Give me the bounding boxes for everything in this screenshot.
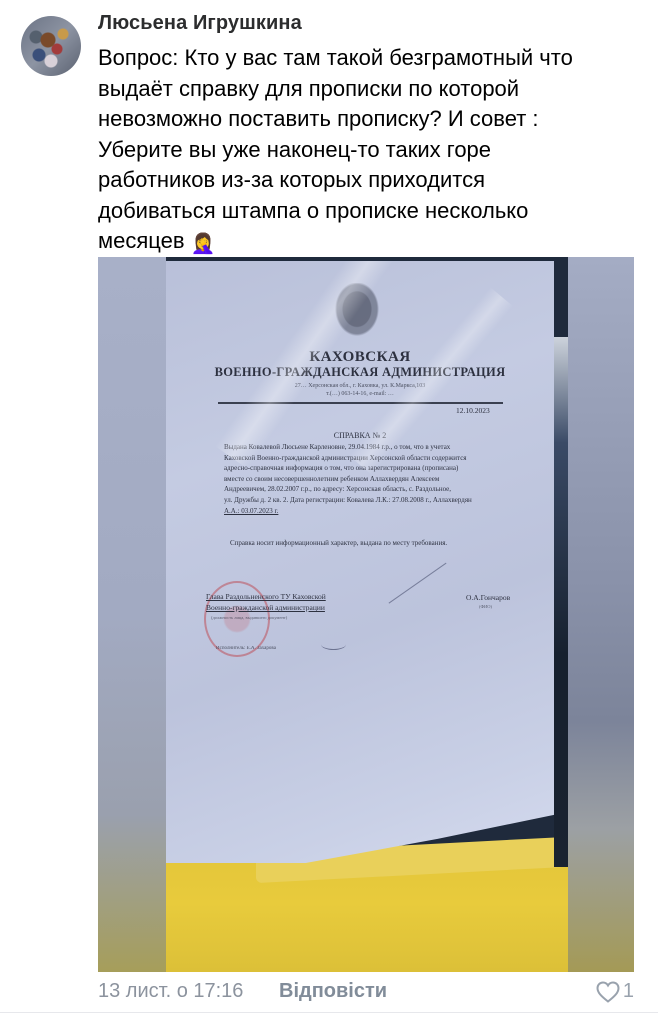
comment-divider	[0, 1012, 658, 1013]
doc-title-2: ВОЕННО-ГРАЖДАНСКАЯ АДМИНИСТРАЦИЯ	[166, 365, 554, 380]
certificate-document: КАХОВСКАЯ ВОЕННО-ГРАЖДАНСКАЯ АДМИНИСТРАЦ…	[166, 261, 554, 863]
doc-signer-caption: (ФИО)	[479, 604, 492, 609]
doc-signatory-caption: (должность лица, выдавшего документ)	[211, 615, 287, 620]
doc-body-line: вместе со своим несовершеннолетним ребен…	[224, 474, 506, 485]
comment-text: Вопрос: Кто у вас там такой безграмотный…	[98, 43, 618, 260]
doc-signer-name: О.А.Гончаров	[466, 593, 510, 602]
comment-line: Вопрос: Кто у вас там такой безграмотный…	[98, 43, 618, 74]
comment-line-last: месяцев 🤦‍♀️	[98, 226, 618, 260]
comment-line: невозможно поставить прописку? И совет :	[98, 104, 618, 135]
comment-timestamp[interactable]: 13 лист. о 17:16	[98, 980, 243, 1003]
photo-content: КАХОВСКАЯ ВОЕННО-ГРАЖДАНСКАЯ АДМИНИСТРАЦ…	[166, 257, 568, 972]
author-avatar[interactable]	[21, 16, 81, 76]
like-count: 1	[623, 980, 634, 1003]
doc-address-line: 27… Херсонская обл., г. Каховка, ул. К.М…	[166, 382, 554, 390]
doc-address-line: т.(…) 063-14-16, e-mail: …	[166, 390, 554, 398]
executor-signature-icon	[321, 639, 346, 650]
comment-line: добиваться штампа о прописке несколько	[98, 196, 618, 227]
photo-blur-right	[568, 257, 634, 972]
comment-line: месяцев	[98, 228, 185, 253]
reply-button[interactable]: Відповісти	[279, 980, 387, 1003]
background-strip	[554, 337, 568, 867]
comment-line: Уберите вы уже наконец-то таких горе	[98, 135, 618, 166]
author-name[interactable]: Люсьена Игрушкина	[98, 12, 302, 35]
doc-note: Справка носит информационный характер, в…	[230, 539, 447, 547]
like-button[interactable]: 1	[596, 980, 634, 1003]
doc-title-1: КАХОВСКАЯ	[166, 349, 554, 366]
doc-signatory-line: Глава Раздольненского ТУ Каховской	[206, 591, 326, 602]
doc-address: 27… Херсонская обл., г. Каховка, ул. К.М…	[166, 382, 554, 398]
facepalm-emoji-icon: 🤦‍♀️	[191, 233, 216, 255]
doc-signatory: Глава Раздольненского ТУ Каховской Военн…	[206, 591, 326, 613]
signature-mark-icon	[389, 563, 470, 637]
comment-line: выдаёт справку для прописки по которой	[98, 74, 618, 105]
comment-line: работников из-за которых приходится	[98, 165, 618, 196]
heart-outline-icon	[596, 981, 620, 1003]
doc-signatory-line: Военно-гражданской администрации	[206, 602, 326, 613]
document-paper: КАХОВСКАЯ ВОЕННО-ГРАЖДАНСКАЯ АДМИНИСТРАЦ…	[166, 261, 554, 863]
doc-body-line: ул. Дружбы д. 2 кв. 2. Дата регистрации:…	[224, 495, 506, 506]
photo-blur-left	[98, 257, 166, 972]
comment-footer: 13 лист. о 17:16 Відповісти 1	[98, 980, 634, 1006]
doc-body-line: Андреевичем, 28.02.2007 г.р., по адресу:…	[224, 484, 506, 495]
doc-date: 12.10.2023	[456, 406, 490, 415]
doc-body-line: А.А.: 03.07.2023 г.	[224, 506, 506, 517]
doc-executor: Исполнитель: Е.А. Захарова	[216, 646, 276, 651]
attached-photo[interactable]: КАХОВСКАЯ ВОЕННО-ГРАЖДАНСКАЯ АДМИНИСТРАЦ…	[98, 257, 634, 972]
